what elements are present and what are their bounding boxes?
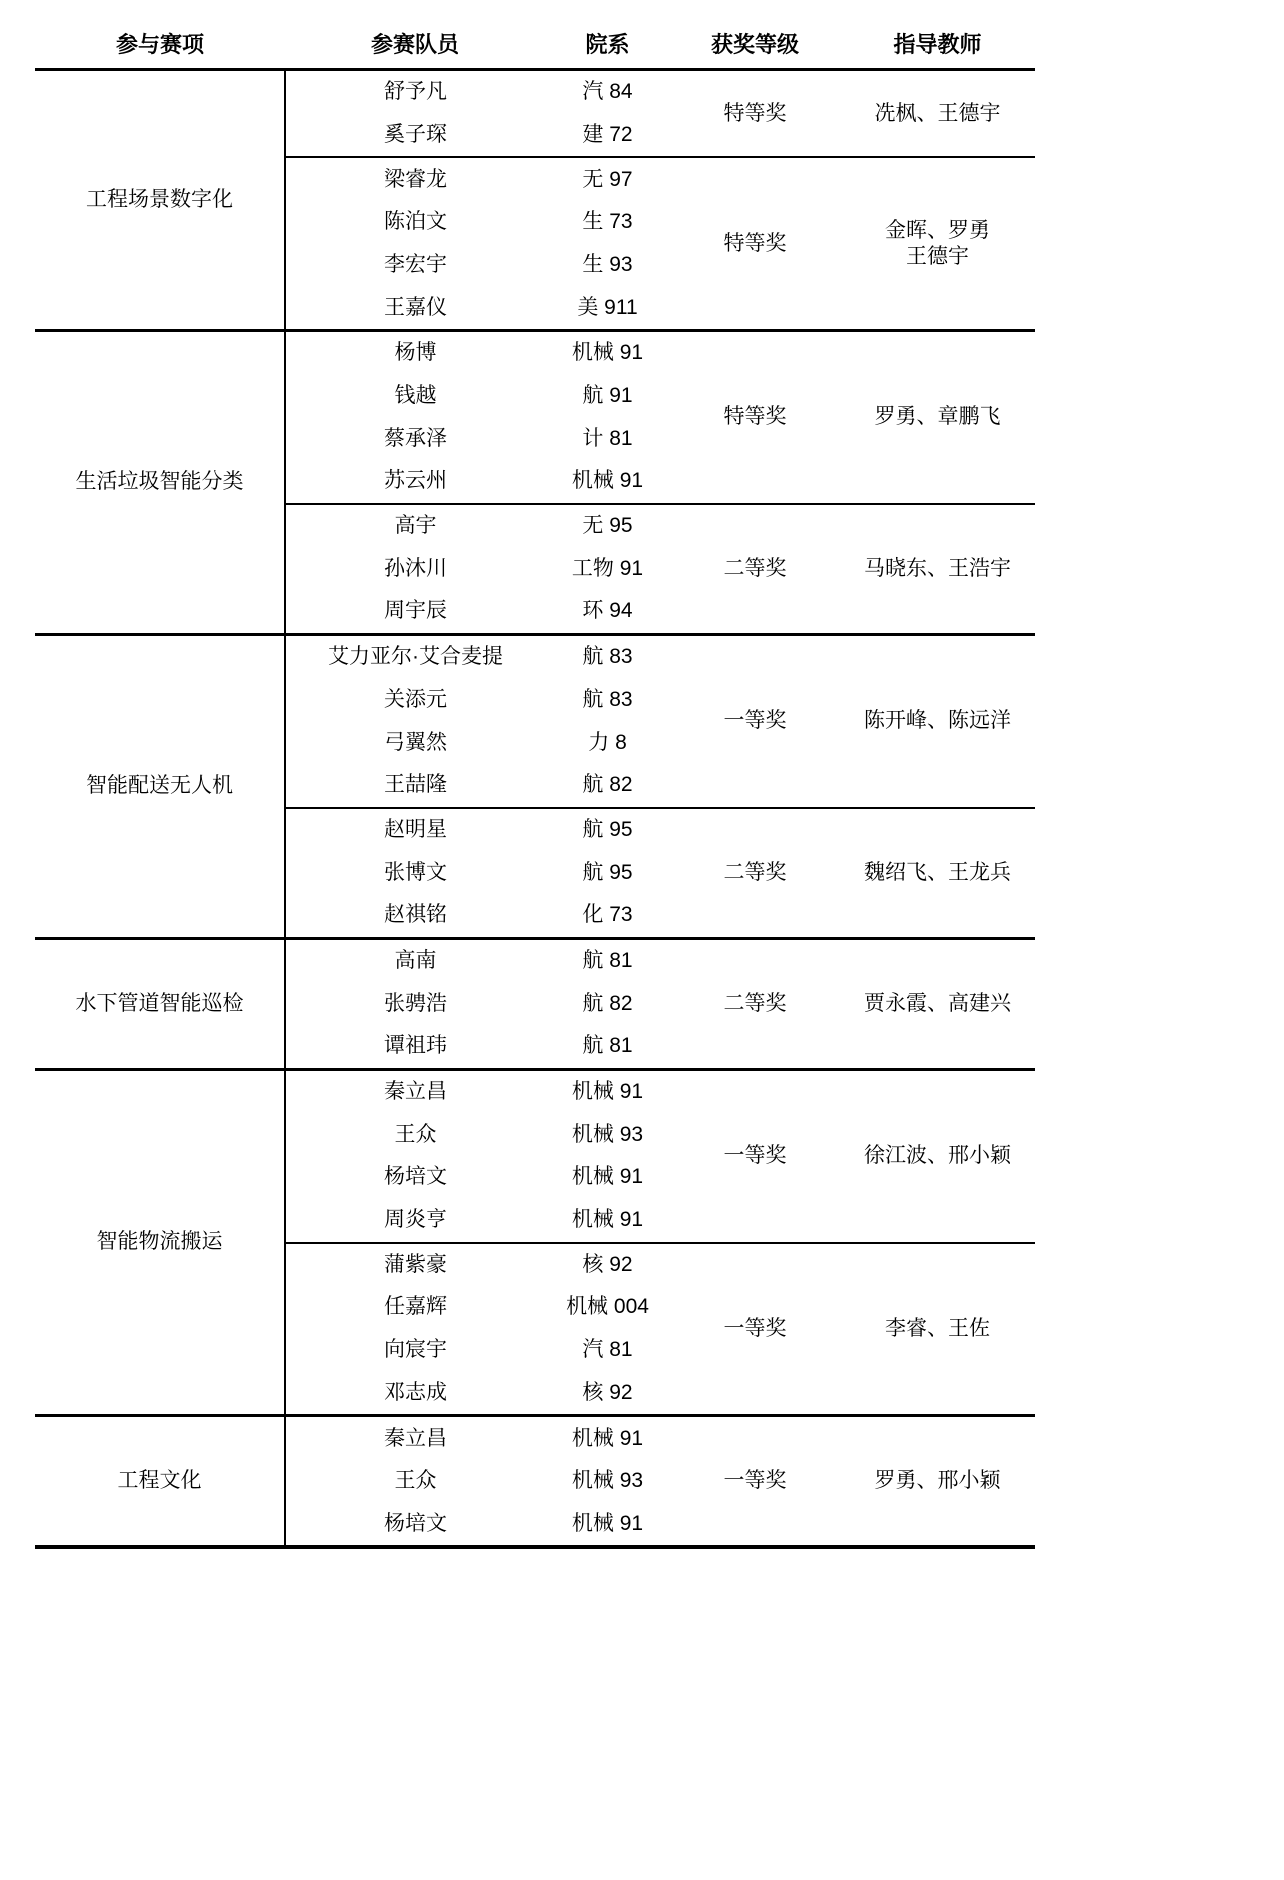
- award-cell: 特等奖: [670, 331, 840, 504]
- dept-cell: 生 93: [545, 244, 670, 287]
- dept-cell: 工物 91: [545, 548, 670, 591]
- dept-cell: 航 83: [545, 634, 670, 678]
- award-cell: 特等奖: [670, 157, 840, 330]
- member-name-cell: 秦立昌: [285, 1069, 545, 1113]
- dept-cell: 航 95: [545, 851, 670, 894]
- dept-cell: 机械 93: [545, 1114, 670, 1157]
- member-name-cell: 周炎亨: [285, 1199, 545, 1243]
- advisor-cell: 魏绍飞、王龙兵: [840, 808, 1035, 939]
- event-cell: 智能配送无人机: [35, 634, 285, 938]
- dept-cell: 航 81: [545, 1025, 670, 1069]
- member-name-cell: 杨博: [285, 331, 545, 375]
- column-header-member: 参赛队员: [285, 22, 545, 70]
- event-cell: 生活垃圾智能分类: [35, 331, 285, 635]
- dept-cell: 机械 91: [545, 1199, 670, 1243]
- column-header-dept: 院系: [545, 22, 670, 70]
- advisor-cell: 徐江波、邢小颖: [840, 1069, 1035, 1242]
- member-name-cell: 苏云州: [285, 460, 545, 504]
- dept-cell: 机械 91: [545, 331, 670, 375]
- member-name-cell: 谭祖玮: [285, 1025, 545, 1069]
- dept-cell: 力 8: [545, 721, 670, 764]
- award-cell: 二等奖: [670, 504, 840, 635]
- member-name-cell: 向宸宇: [285, 1329, 545, 1372]
- dept-cell: 航 82: [545, 982, 670, 1025]
- table-row: 智能物流搬运 秦立昌 机械 91 一等奖 徐江波、邢小颖: [35, 1069, 1035, 1113]
- award-table: 参与赛项 参赛队员 院系 获奖等级 指导教师 工程场景数字化 舒予凡 汽 84 …: [35, 22, 1035, 1549]
- member-name-cell: 弓翼然: [285, 721, 545, 764]
- member-name-cell: 张骋浩: [285, 982, 545, 1025]
- page: 参与赛项 参赛队员 院系 获奖等级 指导教师 工程场景数字化 舒予凡 汽 84 …: [0, 0, 1284, 1880]
- member-name-cell: 钱越: [285, 375, 545, 418]
- event-cell: 工程文化: [35, 1416, 285, 1548]
- member-name-cell: 周宇辰: [285, 590, 545, 634]
- table-row: 工程文化 秦立昌 机械 91 一等奖 罗勇、邢小颖: [35, 1416, 1035, 1460]
- column-header-event: 参与赛项: [35, 22, 285, 70]
- member-name-cell: 秦立昌: [285, 1416, 545, 1460]
- award-cell: 一等奖: [670, 1243, 840, 1416]
- award-cell: 特等奖: [670, 70, 840, 158]
- dept-cell: 核 92: [545, 1372, 670, 1416]
- award-cell: 二等奖: [670, 938, 840, 1069]
- advisor-cell: 陈开峰、陈远洋: [840, 634, 1035, 807]
- member-name-cell: 陈泊文: [285, 201, 545, 244]
- award-cell: 一等奖: [670, 634, 840, 807]
- member-name-cell: 梁睿龙: [285, 157, 545, 201]
- dept-cell: 航 95: [545, 808, 670, 852]
- dept-cell: 航 81: [545, 938, 670, 982]
- award-cell: 一等奖: [670, 1416, 840, 1548]
- member-name-cell: 杨培文: [285, 1503, 545, 1548]
- dept-cell: 汽 84: [545, 70, 670, 114]
- dept-cell: 生 73: [545, 201, 670, 244]
- award-cell: 二等奖: [670, 808, 840, 939]
- member-name-cell: 任嘉辉: [285, 1286, 545, 1329]
- table-row: 水下管道智能巡检 高南 航 81 二等奖 贾永霞、高建兴: [35, 938, 1035, 982]
- dept-cell: 计 81: [545, 418, 670, 461]
- dept-cell: 航 83: [545, 679, 670, 722]
- dept-cell: 美 911: [545, 286, 670, 330]
- member-name-cell: 蔡承泽: [285, 418, 545, 461]
- event-cell: 智能物流搬运: [35, 1069, 285, 1416]
- advisor-cell: 罗勇、章鹏飞: [840, 331, 1035, 504]
- dept-cell: 汽 81: [545, 1329, 670, 1372]
- dept-cell: 机械 91: [545, 460, 670, 504]
- member-name-cell: 王众: [285, 1460, 545, 1503]
- member-name-cell: 赵明星: [285, 808, 545, 852]
- member-name-cell: 奚子琛: [285, 114, 545, 158]
- member-name-cell: 赵祺铭: [285, 894, 545, 938]
- dept-cell: 机械 004: [545, 1286, 670, 1329]
- table-row: 智能配送无人机 艾力亚尔·艾合麦提 航 83 一等奖 陈开峰、陈远洋: [35, 634, 1035, 678]
- advisor-cell: 冼枫、王德宇: [840, 70, 1035, 158]
- dept-cell: 机械 91: [545, 1156, 670, 1199]
- table-row: 工程场景数字化 舒予凡 汽 84 特等奖 冼枫、王德宇: [35, 70, 1035, 114]
- table-row: 生活垃圾智能分类 杨博 机械 91 特等奖 罗勇、章鹏飞: [35, 331, 1035, 375]
- event-cell: 水下管道智能巡检: [35, 938, 285, 1069]
- dept-cell: 机械 91: [545, 1416, 670, 1460]
- advisor-cell: 马晓东、王浩宇: [840, 504, 1035, 635]
- advisor-cell: 金晖、罗勇 王德宇: [840, 157, 1035, 330]
- member-name-cell: 高宇: [285, 504, 545, 548]
- advisor-cell: 李睿、王佐: [840, 1243, 1035, 1416]
- dept-cell: 机械 91: [545, 1069, 670, 1113]
- member-name-cell: 艾力亚尔·艾合麦提: [285, 634, 545, 678]
- member-name-cell: 蒲紫豪: [285, 1243, 545, 1287]
- member-name-cell: 邓志成: [285, 1372, 545, 1416]
- dept-cell: 机械 93: [545, 1460, 670, 1503]
- member-name-cell: 王众: [285, 1114, 545, 1157]
- advisor-cell: 罗勇、邢小颖: [840, 1416, 1035, 1548]
- column-header-advisor: 指导教师: [840, 22, 1035, 70]
- award-cell: 一等奖: [670, 1069, 840, 1242]
- dept-cell: 环 94: [545, 590, 670, 634]
- member-name-cell: 高南: [285, 938, 545, 982]
- member-name-cell: 王嘉仪: [285, 286, 545, 330]
- dept-cell: 无 95: [545, 504, 670, 548]
- advisor-cell: 贾永霞、高建兴: [840, 938, 1035, 1069]
- event-cell: 工程场景数字化: [35, 70, 285, 331]
- dept-cell: 建 72: [545, 114, 670, 158]
- member-name-cell: 关添元: [285, 679, 545, 722]
- member-name-cell: 杨培文: [285, 1156, 545, 1199]
- member-name-cell: 王喆隆: [285, 764, 545, 808]
- column-header-award: 获奖等级: [670, 22, 840, 70]
- dept-cell: 核 92: [545, 1243, 670, 1287]
- dept-cell: 机械 91: [545, 1503, 670, 1548]
- member-name-cell: 孙沐川: [285, 548, 545, 591]
- member-name-cell: 舒予凡: [285, 70, 545, 114]
- member-name-cell: 李宏宇: [285, 244, 545, 287]
- dept-cell: 航 91: [545, 375, 670, 418]
- dept-cell: 无 97: [545, 157, 670, 201]
- dept-cell: 航 82: [545, 764, 670, 808]
- dept-cell: 化 73: [545, 894, 670, 938]
- member-name-cell: 张博文: [285, 851, 545, 894]
- header-row: 参与赛项 参赛队员 院系 获奖等级 指导教师: [35, 22, 1035, 70]
